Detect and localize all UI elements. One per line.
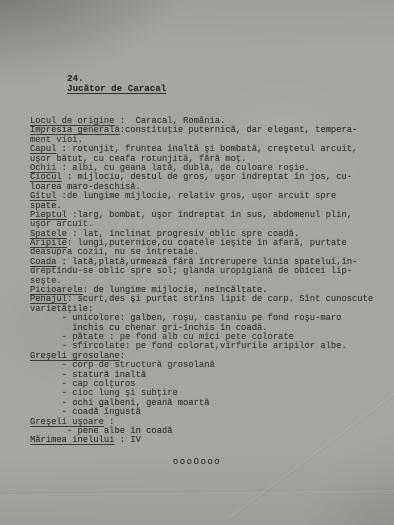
text-line: - cioc lung şi subţire: [30, 389, 394, 398]
line-text: :de lungime mijlocie, relativ gros, uşor…: [56, 191, 336, 201]
page-title: 24. Jucător de Caracal: [0, 0, 394, 104]
footer-ornament: oooOooo: [0, 457, 394, 467]
line-text: deasupra cozii, nu se întretaie.: [30, 247, 199, 257]
underlined-term: Greşeli uşoare: [30, 417, 104, 427]
text-line: Greşeli uşoare :: [30, 418, 394, 427]
text-line: Impresia generală:constituţie puternică,…: [30, 126, 394, 135]
text-line: Gîtul :de lungime mijlocie, relativ gros…: [30, 192, 394, 201]
underlined-term: Gîtul: [30, 191, 56, 201]
document-body: Locul de origine : Caracal, România.Impr…: [0, 104, 394, 446]
breed-title: Jucător de Caracal: [67, 83, 166, 94]
line-text: dreptîndu-se oblic spre sol; glanda urop…: [30, 266, 352, 276]
scanned-page: 24. Jucător de Caracal Locul de origine …: [0, 0, 394, 525]
underlined-term: Locul de origine: [30, 116, 114, 126]
underlined-term: Spatele: [30, 229, 67, 239]
text-line: Ochii : albi, cu geana lată, dublă, de c…: [30, 164, 394, 173]
text-line: Spatele : lat, înclinat progresiv oblic …: [30, 230, 394, 239]
line-text: :: [104, 417, 115, 427]
text-line: deasupra cozii, nu se întretaie.: [30, 248, 394, 257]
underlined-term: Mărimea inelului: [30, 435, 114, 445]
text-line: - corp de structură grosolană: [30, 361, 394, 370]
line-text: : IV: [114, 435, 140, 445]
line-text: :larg, bombat, uşor îndreptat în sus, ab…: [67, 210, 352, 220]
line-text: seşte.: [30, 276, 62, 286]
text-line: Mărimea inelului : IV: [30, 436, 394, 445]
line-text: ment vioi.: [30, 135, 83, 145]
line-text: :constituţie puternică, dar elegant, tem…: [120, 125, 358, 135]
text-line: Locul de origine : Caracal, România.: [30, 117, 394, 126]
line-text: : Caracal, România.: [114, 116, 225, 126]
line-text: : scurt,des şi purtat strîns lipit de co…: [67, 294, 373, 304]
line-text: - cioc lung şi subţire: [30, 388, 178, 398]
underlined-term: Ochii: [30, 163, 56, 173]
line-text: - sfîrcolate: pe fond colorat,vîrfurile …: [30, 341, 347, 351]
text-line: dreptîndu-se oblic spre sol; glanda urop…: [30, 267, 394, 276]
line-text: : lat, înclinat progresiv oblic spre coa…: [67, 229, 299, 239]
text-line: seşte.: [30, 277, 394, 286]
line-text: - corp de structură grosolană: [30, 360, 215, 370]
text-line: - sfîrcolate: pe fond colorat,vîrfurile …: [30, 342, 394, 351]
horizontal-crease: [0, 489, 394, 495]
text-line: ment vioi.: [30, 136, 394, 145]
text-line: varietăţile:: [30, 305, 394, 314]
line-text: varietăţile:: [30, 304, 93, 314]
line-text: : albi, cu geana lată, dublă, de culoare…: [56, 163, 309, 173]
